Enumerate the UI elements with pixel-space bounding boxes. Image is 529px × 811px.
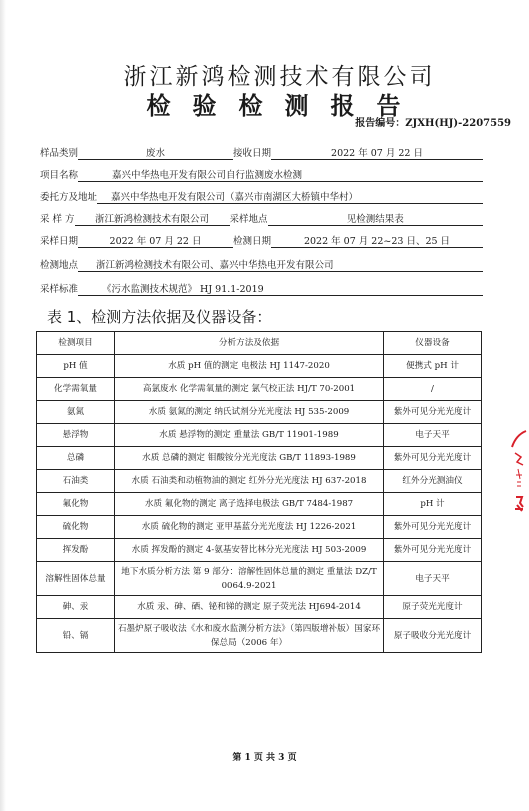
report-number-value: ZJXH(HJ)-2207559 xyxy=(405,118,511,129)
row-method: 地下水质分析方法 第 9 部分：溶解性固体总量的测定 重量法 DZ/T 0064… xyxy=(115,562,384,596)
client-label: 委托方及地址 xyxy=(40,189,97,204)
row-instrument: pH 计 xyxy=(384,493,482,516)
sampler-label: 采 样 方 xyxy=(40,211,75,226)
row-method: 水质 pH 值的测定 电极法 HJ 1147-2020 xyxy=(115,355,384,378)
table-row: 硫化物 水质 硫化物的测定 亚甲基蓝分光光度法 HJ 1226-2021 紫外可… xyxy=(37,516,482,539)
report-number-label: 报告编号： xyxy=(355,118,405,129)
row-method: 水质 氨氮的测定 纳氏试剂分光光度法 HJ 535-2009 xyxy=(115,401,384,424)
receive-date-label: 接收日期 xyxy=(233,145,271,160)
sampling-date-label: 采样日期 xyxy=(40,233,78,248)
table-row: 铅、镉 石墨炉原子吸收法《水和废水监测分析方法》（第四版增补版）国家环保总局（2… xyxy=(37,619,482,653)
row-method: 水质 挥发酚的测定 4-氨基安替比林分光光度法 HJ 503-2009 xyxy=(115,539,384,562)
test-date-value: 2022 年 07 月 22~23 日、25 日 xyxy=(271,232,483,248)
client-value: 嘉兴中华热电开发有限公司（嘉兴市南湖区大桥镇中华村） xyxy=(97,189,483,204)
row-instrument: 紫外可见分光光度计 xyxy=(384,516,482,539)
row-instrument: 原子荧光光度计 xyxy=(384,596,482,619)
row-item: 氨氮 xyxy=(37,401,115,424)
project-name-label: 项目名称 xyxy=(40,167,78,182)
methods-table: 检测项目 分析方法及依据 仪器设备 pH 值 水质 pH 值的测定 电极法 HJ… xyxy=(36,331,482,653)
header-item: 检测项目 xyxy=(37,332,115,355)
field-row-sampler: 采 样 方 浙江新鸿检测技术有限公司 采样地点 见检测结果表 xyxy=(40,210,483,226)
row-instrument: / xyxy=(384,378,482,401)
sample-type-value: 废水 xyxy=(78,144,233,160)
field-row-sample-type: 样品类别 废水 接收日期 2022 年 07 月 22 日 xyxy=(40,144,483,160)
row-method: 水质 悬浮物的测定 重量法 GB/T 11901-1989 xyxy=(115,424,384,447)
table-row: 总磷 水质 总磷的测定 钼酸铵分光光度法 GB/T 11893-1989 紫外可… xyxy=(37,447,482,470)
field-row-client: 委托方及地址 嘉兴中华热电开发有限公司（嘉兴市南湖区大桥镇中华村） xyxy=(40,188,483,204)
header-instrument: 仪器设备 xyxy=(384,332,482,355)
field-row-sampling-standard: 采样标准 《污水监测技术规范》 HJ 91.1-2019 xyxy=(40,280,483,296)
row-instrument: 电子天平 xyxy=(384,424,482,447)
test-site-label: 检测地点 xyxy=(40,257,78,272)
page-number: 第 1 页 共 3 页 xyxy=(0,750,529,763)
row-item: 化学需氧量 xyxy=(37,378,115,401)
table-row: 砷、汞 水质 汞、砷、硒、铋和锑的测定 原子荧光法 HJ694-2014 原子荧… xyxy=(37,596,482,619)
field-row-sampling-date: 采样日期 2022 年 07 月 22 日 检测日期 2022 年 07 月 2… xyxy=(40,232,483,248)
row-method: 水质 石油类和动植物油的测定 红外分光光度法 HJ 637-2018 xyxy=(115,470,384,493)
row-instrument: 紫外可见分光光度计 xyxy=(384,539,482,562)
row-item: 砷、汞 xyxy=(37,596,115,619)
row-instrument: 红外分光测油仪 xyxy=(384,470,482,493)
row-instrument: 便携式 pH 计 xyxy=(384,355,482,378)
row-method: 石墨炉原子吸收法《水和废水监测分析方法》（第四版增补版）国家环保总局（2006 … xyxy=(115,619,384,653)
row-item: 悬浮物 xyxy=(37,424,115,447)
sampling-site-label: 采样地点 xyxy=(230,211,268,226)
project-name-value: 嘉兴中华热电开发有限公司自行监测废水检测 xyxy=(78,167,483,182)
sampling-site-value: 见检测结果表 xyxy=(268,210,483,226)
table-header-row: 检测项目 分析方法及依据 仪器设备 xyxy=(37,332,482,355)
scan-edge-shadow xyxy=(0,0,6,811)
row-instrument: 电子天平 xyxy=(384,562,482,596)
table-row: 化学需氧量 高氯废水 化学需氧量的测定 氯气校正法 HJ/T 70-2001 / xyxy=(37,378,482,401)
row-method: 水质 汞、砷、硒、铋和锑的测定 原子荧光法 HJ694-2014 xyxy=(115,596,384,619)
header-method: 分析方法及依据 xyxy=(115,332,384,355)
sample-type-label: 样品类别 xyxy=(40,145,78,160)
field-row-test-site: 检测地点 浙江新鸿检测技术有限公司、嘉兴中华热电开发有限公司 xyxy=(40,256,483,272)
table-row: 悬浮物 水质 悬浮物的测定 重量法 GB/T 11901-1989 电子天平 xyxy=(37,424,482,447)
test-site-value: 浙江新鸿检测技术有限公司、嘉兴中华热电开发有限公司 xyxy=(78,257,483,272)
field-row-project-name: 项目名称 嘉兴中华热电开发有限公司自行监测废水检测 xyxy=(40,166,483,182)
report-number: 报告编号：ZJXH(HJ)-2207559 xyxy=(355,114,511,129)
row-instrument: 原子吸收分光光度计 xyxy=(384,619,482,653)
row-item: 石油类 xyxy=(37,470,115,493)
sampling-standard-label: 采样标准 xyxy=(40,281,78,296)
table-row: 挥发酚 水质 挥发酚的测定 4-氨基安替比林分光光度法 HJ 503-2009 … xyxy=(37,539,482,562)
row-item: 硫化物 xyxy=(37,516,115,539)
section-title: 表 1、检测方法依据及仪器设备： xyxy=(47,306,271,327)
row-method: 水质 氟化物的测定 离子选择电极法 GB/T 7484-1987 xyxy=(115,493,384,516)
table-row: 氟化物 水质 氟化物的测定 离子选择电极法 GB/T 7484-1987 pH … xyxy=(37,493,482,516)
sampler-value: 浙江新鸿检测技术有限公司 xyxy=(75,210,230,226)
row-method: 水质 总磷的测定 钼酸铵分光光度法 GB/T 11893-1989 xyxy=(115,447,384,470)
sampling-date-value: 2022 年 07 月 22 日 xyxy=(78,232,233,248)
row-instrument: 紫外可见分光光度计 xyxy=(384,401,482,424)
table-row: 溶解性固体总量 地下水质分析方法 第 9 部分：溶解性固体总量的测定 重量法 D… xyxy=(37,562,482,596)
test-date-label: 检测日期 xyxy=(233,233,271,248)
row-item: 氟化物 xyxy=(37,493,115,516)
row-item: 总磷 xyxy=(37,447,115,470)
red-seal-stamp-icon xyxy=(506,425,528,515)
table-row: 石油类 水质 石油类和动植物油的测定 红外分光光度法 HJ 637-2018 红… xyxy=(37,470,482,493)
receive-date-value: 2022 年 07 月 22 日 xyxy=(271,144,483,160)
row-instrument: 紫外可见分光光度计 xyxy=(384,447,482,470)
sampling-standard-value: 《污水监测技术规范》 HJ 91.1-2019 xyxy=(78,281,483,296)
row-item: 挥发酚 xyxy=(37,539,115,562)
table-row: 氨氮 水质 氨氮的测定 纳氏试剂分光光度法 HJ 535-2009 紫外可见分光… xyxy=(37,401,482,424)
row-method: 高氯废水 化学需氧量的测定 氯气校正法 HJ/T 70-2001 xyxy=(115,378,384,401)
row-item: 铅、镉 xyxy=(37,619,115,653)
row-item: 溶解性固体总量 xyxy=(37,562,115,596)
row-item: pH 值 xyxy=(37,355,115,378)
row-method: 水质 硫化物的测定 亚甲基蓝分光光度法 HJ 1226-2021 xyxy=(115,516,384,539)
table-row: pH 值 水质 pH 值的测定 电极法 HJ 1147-2020 便携式 pH … xyxy=(37,355,482,378)
